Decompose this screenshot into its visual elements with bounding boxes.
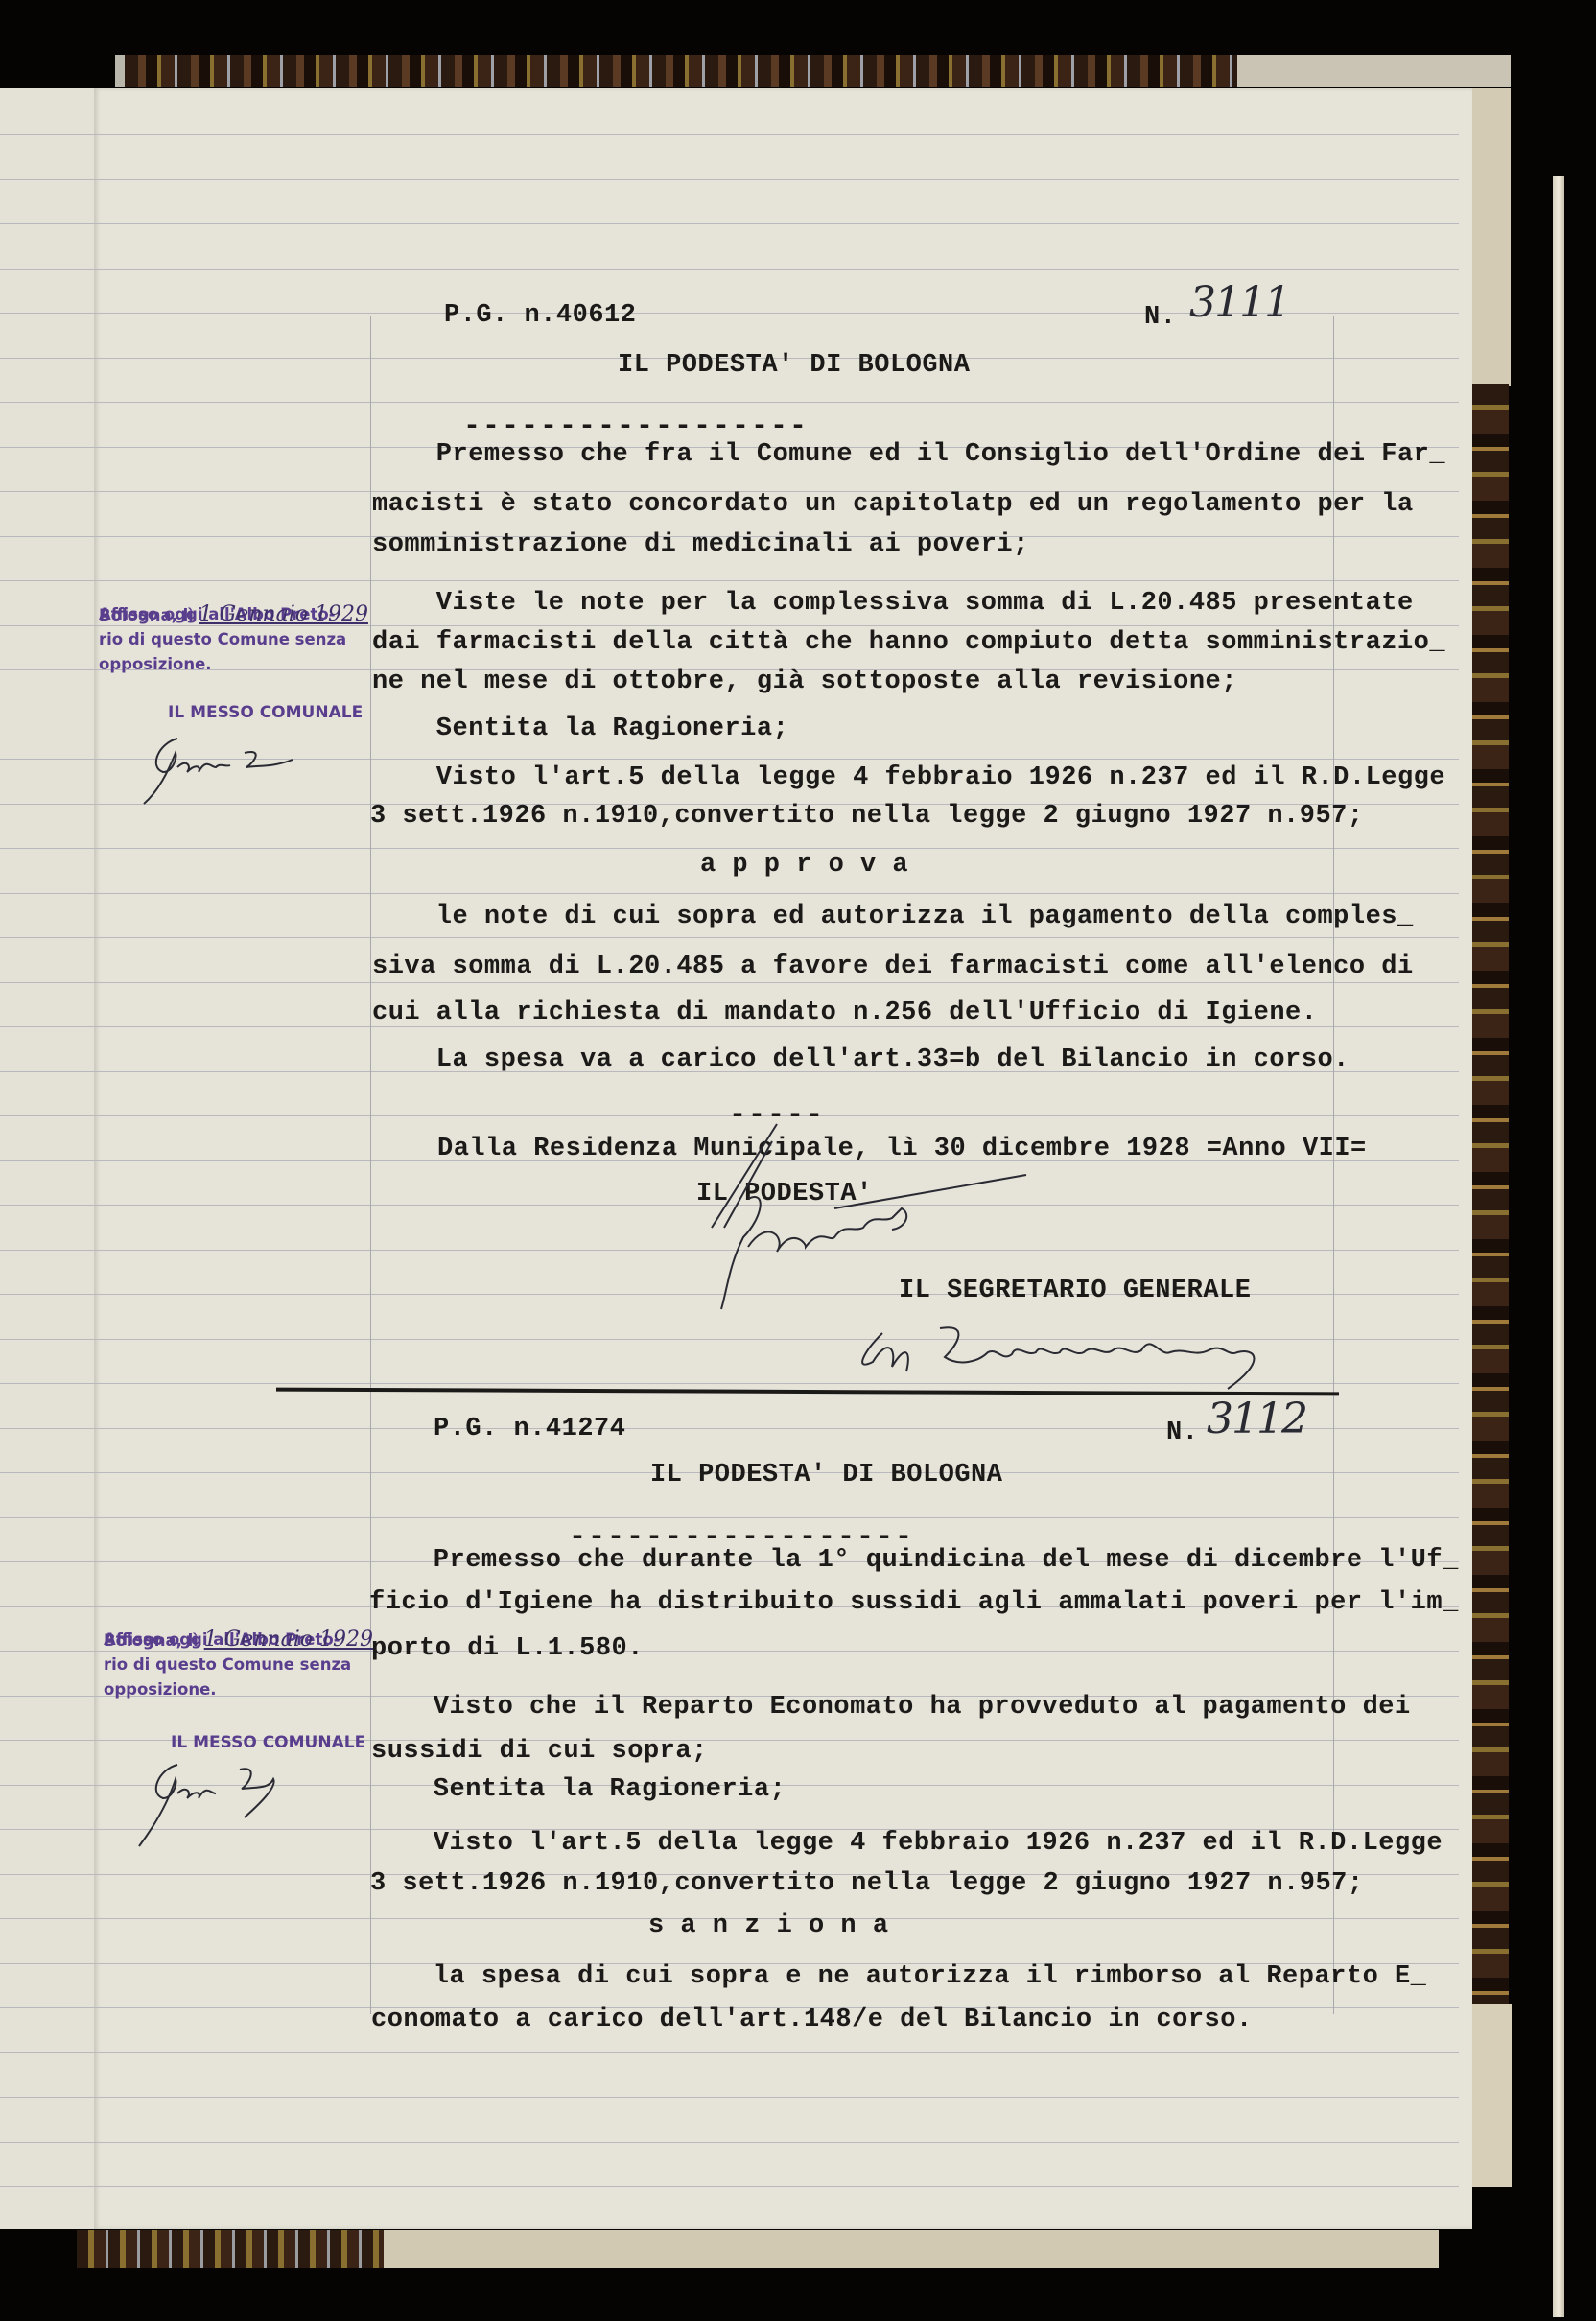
ruled-line xyxy=(0,2186,1459,2187)
stamp-line-1: Bologna, lì 1 Gennaio 1929 xyxy=(99,602,368,628)
ruled-line xyxy=(0,937,1459,938)
ruled-line xyxy=(0,179,1459,180)
body-line: cui alla richiesta di mandato n.256 dell… xyxy=(372,998,1317,1027)
ruled-line xyxy=(0,402,1459,403)
act-number-label: N. xyxy=(1144,303,1176,332)
body-line: dai farmacisti della città che hanno com… xyxy=(372,628,1445,657)
body-line: somministrazione di medicinali ai poveri… xyxy=(372,530,1029,559)
signature-segretario xyxy=(854,1314,1276,1391)
stamp-line-3: rio di questo Comune senza xyxy=(104,1653,351,1677)
ruled-line xyxy=(0,269,1459,270)
ruled-line xyxy=(0,893,1459,894)
stamp-title: IL MESSO COMUNALE xyxy=(171,1733,365,1752)
ruled-line xyxy=(0,982,1459,983)
act-number-label: N. xyxy=(1166,1418,1198,1447)
body-line: Visto l'art.5 della legge 4 febbraio 192… xyxy=(369,1829,1443,1858)
binding-cloth-right-top xyxy=(1470,88,1511,386)
body-line: s a n z i o n a xyxy=(648,1911,889,1940)
ruled-line xyxy=(0,2142,1459,2143)
body-line: la spesa di cui sopra e ne autorizza il … xyxy=(369,1962,1426,1991)
stamp-line-4: opposizione. xyxy=(99,652,346,677)
body-line: macisti è stato concordato un capitolatp… xyxy=(372,490,1414,519)
divider: ------------------ xyxy=(463,410,809,443)
binding-cloth-right-bottom xyxy=(1467,2004,1512,2187)
body-line: ficio d'Igiene ha distribuito sussidi ag… xyxy=(369,1588,1459,1617)
pg-number: P.G. n.41274 xyxy=(434,1415,625,1443)
body-line: conomato a carico dell'art.148/e del Bil… xyxy=(371,2005,1253,2034)
body-line: La spesa va a carico dell'art.33=b del B… xyxy=(372,1045,1350,1074)
marbled-cover-right xyxy=(1470,384,1509,2004)
ruled-line xyxy=(0,2052,1459,2053)
act-number-handwritten: 3111 xyxy=(1189,278,1289,327)
body-line: 3 sett.1926 n.1910,convertito nella legg… xyxy=(370,802,1364,831)
stamp-line-4: opposizione. xyxy=(104,1677,351,1702)
body-line: Premesso che fra il Comune ed il Consigl… xyxy=(372,440,1445,469)
act-number-handwritten: 3112 xyxy=(1207,1395,1306,1443)
body-line: Visto l'art.5 della legge 4 febbraio 192… xyxy=(372,763,1445,792)
page-stack-edge xyxy=(1553,176,1564,2317)
stamp-line-1: Bologna, lì 1 Gennaio 1929 xyxy=(104,1628,373,1653)
body-line: Viste le note per la complessiva somma d… xyxy=(372,589,1414,618)
body-line: ne nel mese di ottobre, già sottoposte a… xyxy=(372,668,1237,696)
ruled-line xyxy=(0,580,1459,581)
body-line: le note di cui sopra ed autorizza il pag… xyxy=(372,903,1414,931)
heading: IL PODESTA' DI BOLOGNA xyxy=(618,351,970,380)
affissione-stamp: Bologna, lì 1 Gennaio 1929 Affisso oggi … xyxy=(99,602,346,677)
body-line: a p p r o v a xyxy=(700,851,908,879)
pg-number: P.G. n.40612 xyxy=(444,301,636,330)
signature-messo xyxy=(134,1755,297,1851)
body-line: Sentita la Ragioneria; xyxy=(369,1775,786,1804)
body-line: siva somma di L.20.485 a favore dei farm… xyxy=(372,952,1414,981)
ruled-line xyxy=(0,223,1459,224)
stamp-date: 1 Gennaio 1929 xyxy=(204,1628,373,1652)
stamp-line-3: rio di questo Comune senza xyxy=(99,627,346,652)
body-line: porto di L.1.580. xyxy=(371,1634,644,1663)
signatory-segretario: IL SEGRETARIO GENERALE xyxy=(899,1277,1251,1305)
right-margin-rule xyxy=(1333,316,1334,2014)
heading: IL PODESTA' DI BOLOGNA xyxy=(650,1461,1002,1489)
body-line: Premesso che durante la 1° quindicina de… xyxy=(369,1546,1459,1575)
ruled-line xyxy=(0,134,1459,135)
ruled-line xyxy=(0,1517,1459,1518)
body-line: sussidi di cui sopra; xyxy=(371,1737,708,1766)
ruled-line xyxy=(0,848,1459,849)
body-line: Sentita la Ragioneria; xyxy=(372,715,788,743)
stamp-title: IL MESSO COMUNALE xyxy=(168,703,363,722)
affissione-stamp: Bologna, lì 1 Gennaio 1929 Affisso oggi … xyxy=(104,1628,351,1702)
stamp-date: 1 Gennaio 1929 xyxy=(199,602,368,626)
ruled-line xyxy=(0,2097,1459,2098)
signature-messo xyxy=(139,729,302,806)
body-line: 3 sett.1926 n.1910,convertito nella legg… xyxy=(370,1869,1364,1898)
body-line: Visto che il Reparto Economato ha provve… xyxy=(369,1693,1411,1722)
